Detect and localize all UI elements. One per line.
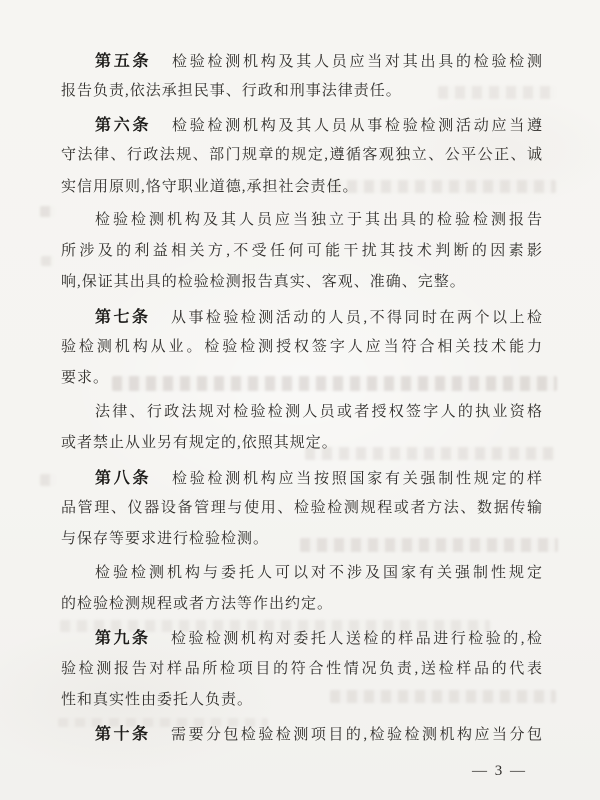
text-line: 的检验检测规程或者方法等作出约定。 bbox=[61, 589, 543, 620]
line-text: 的检验检测规程或者方法等作出约定。 bbox=[61, 596, 333, 612]
line-text: 检验检测机构及其人员从事检验检测活动应当遵 bbox=[170, 118, 543, 134]
line-text: 检验检测机构与委托人可以对不涉及国家有关强制性规定 bbox=[95, 565, 543, 581]
line-text: 报告负责,依法承担民事、行政和刑事法律责任。 bbox=[61, 83, 402, 99]
article-number: 第六条 bbox=[95, 115, 151, 134]
document-text: 第五条检验检测机构及其人员应当对其出具的检验检测报告负责,依法承担民事、行政和刑… bbox=[61, 42, 543, 749]
text-line: 第七条从事检验检测活动的人员,不得同时在两个以上检 bbox=[61, 301, 543, 332]
line-text: 品管理、仪器设备管理与使用、检验检测规程或者方法、数据传输 bbox=[61, 500, 543, 516]
article-number: 第九条 bbox=[95, 628, 150, 647]
line-text: 需要分包检验检测项目的,检验检测机构应当分包 bbox=[169, 727, 543, 743]
text-line: 报告负责,依法承担民事、行政和刑事法律责任。 bbox=[61, 76, 543, 107]
text-line: 第八条检验检测机构应当按照国家有关强制性规定的样 bbox=[61, 462, 543, 493]
text-line: 检验检测机构及其人员应当独立于其出具的检验检测报告 bbox=[61, 205, 543, 236]
text-line: 第五条检验检测机构及其人员应当对其出具的检验检测 bbox=[61, 45, 543, 76]
line-text: 守法律、行政法规、部门规章的规定,遵循客观独立、公平公正、诚 bbox=[61, 147, 543, 163]
bleed-through-mark bbox=[40, 474, 56, 486]
line-text: 响,保证其出具的检验检测报告真实、客观、准确、完整。 bbox=[61, 274, 466, 290]
text-line: 第九条检验检测机构对委托人送检的样品进行检验的,检 bbox=[61, 622, 543, 653]
line-text: 检验检测机构及其人员应当对其出具的检验检测 bbox=[170, 54, 543, 70]
text-line: 验检测机构从业。检验检测授权签字人应当符合相关技术能力 bbox=[61, 332, 543, 363]
text-line: 第六条检验检测机构及其人员从事检验检测活动应当遵 bbox=[61, 109, 543, 140]
line-text: 性和真实性由委托人负责。 bbox=[61, 692, 253, 708]
text-line: 检验检测机构与委托人可以对不涉及国家有关强制性规定 bbox=[61, 558, 543, 589]
line-text: 验检测机构从业。检验检测授权签字人应当符合相关技术能力 bbox=[61, 339, 543, 355]
article-number: 第五条 bbox=[95, 51, 151, 70]
line-text: 所涉及的利益相关方,不受任何可能干扰其技术判断的因素影 bbox=[61, 243, 543, 259]
article-number: 第七条 bbox=[95, 307, 150, 326]
line-text: 检验检测机构及其人员应当独立于其出具的检验检测报告 bbox=[95, 212, 543, 228]
bleed-through-mark bbox=[41, 256, 54, 266]
line-text: 法律、行政法规对检验检测人员或者授权签字人的执业资格 bbox=[95, 404, 543, 420]
line-text: 与保存等要求进行检验检测。 bbox=[61, 531, 269, 547]
text-line: 第十条需要分包检验检测项目的,检验检测机构应当分包 bbox=[61, 718, 543, 749]
page-number: — 3 — bbox=[472, 763, 527, 780]
line-text: 检验检测机构对委托人送检的样品进行检验的,检 bbox=[169, 631, 543, 647]
text-line: 法律、行政法规对检验检测人员或者授权签字人的执业资格 bbox=[61, 397, 543, 428]
line-text: 检验检测机构应当按照国家有关强制性规定的样 bbox=[170, 471, 543, 487]
article-number: 第八条 bbox=[95, 468, 151, 487]
line-text: 实信用原则,恪守职业道德,承担社会责任。 bbox=[61, 179, 359, 195]
line-text: 或者禁止从业另有规定的,依照其规定。 bbox=[61, 435, 338, 451]
text-line: 与保存等要求进行检验检测。 bbox=[61, 524, 543, 555]
text-line: 响,保证其出具的检验检测报告真实、客观、准确、完整。 bbox=[61, 267, 543, 298]
text-line: 验检测报告对样品所检项目的符合性情况负责,送检样品的代表 bbox=[61, 654, 543, 685]
text-line: 或者禁止从业另有规定的,依照其规定。 bbox=[61, 428, 543, 459]
line-text: 要求。 bbox=[61, 370, 109, 386]
text-line: 实信用原则,恪守职业道德,承担社会责任。 bbox=[61, 172, 543, 203]
text-line: 品管理、仪器设备管理与使用、检验检测规程或者方法、数据传输 bbox=[61, 493, 543, 524]
bleed-through-mark bbox=[40, 206, 55, 217]
text-line: 所涉及的利益相关方,不受任何可能干扰其技术判断的因素影 bbox=[61, 236, 543, 267]
article-number: 第十条 bbox=[95, 724, 150, 743]
line-text: 验检测报告对样品所检项目的符合性情况负责,送检样品的代表 bbox=[61, 661, 543, 677]
line-text: 从事检验检测活动的人员,不得同时在两个以上检 bbox=[169, 310, 543, 326]
text-line: 性和真实性由委托人负责。 bbox=[61, 685, 543, 716]
scanned-document-page: 第五条检验检测机构及其人员应当对其出具的检验检测报告负责,依法承担民事、行政和刑… bbox=[0, 0, 600, 800]
text-line: 守法律、行政法规、部门规章的规定,遵循客观独立、公平公正、诚 bbox=[61, 140, 543, 171]
text-line: 要求。 bbox=[61, 363, 543, 394]
